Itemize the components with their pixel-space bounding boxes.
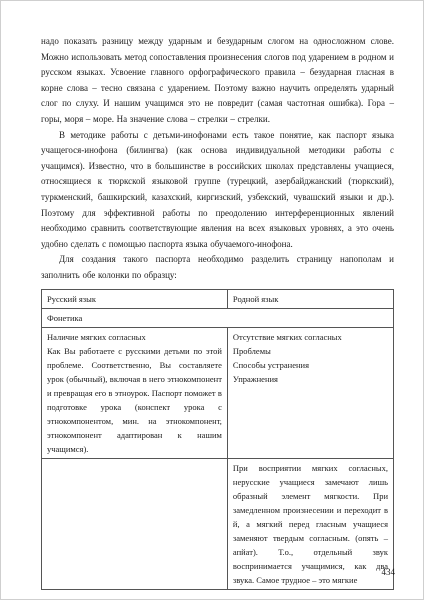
cell-native-soft-consonants: Отсутствие мягких согласных Проблемы Спо… [227,327,393,458]
paragraph-language-passport: В методике работы с детьми-инофонами ест… [41,128,394,253]
table-row-perception: При восприятии мягких согласных, нерусск… [42,458,394,589]
table-row-phonetics: Наличие мягких согласных Как Вы работает… [42,327,394,458]
cell-russian-soft-consonants: Наличие мягких согласных Как Вы работает… [42,327,228,458]
table-header-row: Русский язык Родной язык [42,289,394,308]
cell-title: Наличие мягких согласных [47,330,222,344]
cell-list-item: Проблемы [233,344,388,358]
paragraph-passport-instruction: Для создания такого паспорта необходимо … [41,252,394,283]
cell-list-item: Упражнения [233,372,388,386]
cell-list-item: Способы устранения [233,358,388,372]
language-passport-table: Русский язык Родной язык Фонетика Наличи… [41,289,394,590]
section-cell-phonetics: Фонетика [42,308,394,327]
header-cell-native-language: Родной язык [227,289,393,308]
table-section-row: Фонетика [42,308,394,327]
header-cell-russian-language: Русский язык [42,289,228,308]
cell-native-perception: При восприятии мягких согласных, нерусск… [227,458,393,589]
page-number: 434 [382,567,396,577]
cell-empty [42,458,228,589]
page-content: надо показать разницу между ударным и бе… [41,34,394,590]
paragraph-stress-syllables: надо показать разницу между ударным и бе… [41,34,394,128]
cell-list-item: Отсутствие мягких согласных [233,330,388,344]
cell-paragraph: Как Вы работаете с русскими детьми по эт… [47,344,222,456]
document-page: надо показать разницу между ударным и бе… [0,0,424,600]
